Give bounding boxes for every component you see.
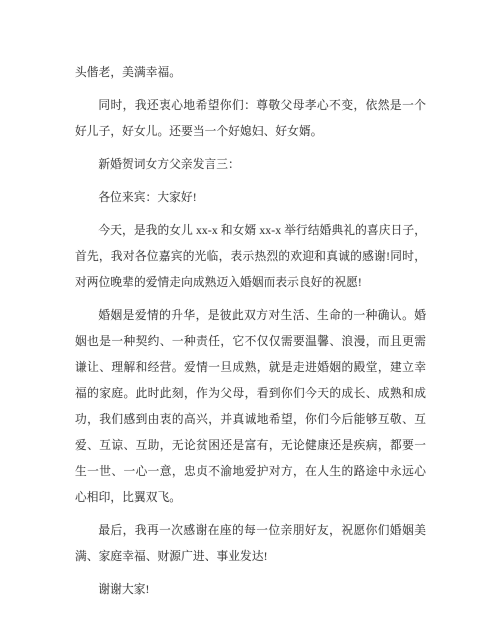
paragraph: 最后，我再一次感谢在座的每一位亲朋好友，祝愿你们婚姻美满、家庭幸福、财源广进、事… <box>75 518 426 570</box>
paragraph: 婚姻是爱情的升华，是彼此双方对生活、生命的一种确认。婚姻也是一种契约、一种责任，… <box>75 303 426 511</box>
paragraph: 谢谢大家! <box>75 577 426 603</box>
paragraph: 同时，我还衷心地希望你们：尊敬父母孝心不变，依然是一个好儿子，好女儿。还要当一个… <box>75 93 426 145</box>
document-body: 头偕老，美满幸福。同时，我还衷心地希望你们：尊敬父母孝心不变，依然是一个好儿子，… <box>75 60 426 610</box>
paragraph: 新婚贺词女方父亲发言三： <box>75 152 426 178</box>
paragraph: 今天，是我的女儿 xx-x 和女婿 xx-x 举行结婚典礼的喜庆日子，首先，我对… <box>75 218 426 296</box>
paragraph: 各位来宾：大家好! <box>75 185 426 211</box>
paragraph: 头偕老，美满幸福。 <box>75 60 426 86</box>
document-page: 头偕老，美满幸福。同时，我还衷心地希望你们：尊敬父母孝心不变，依然是一个好儿子，… <box>0 0 500 637</box>
